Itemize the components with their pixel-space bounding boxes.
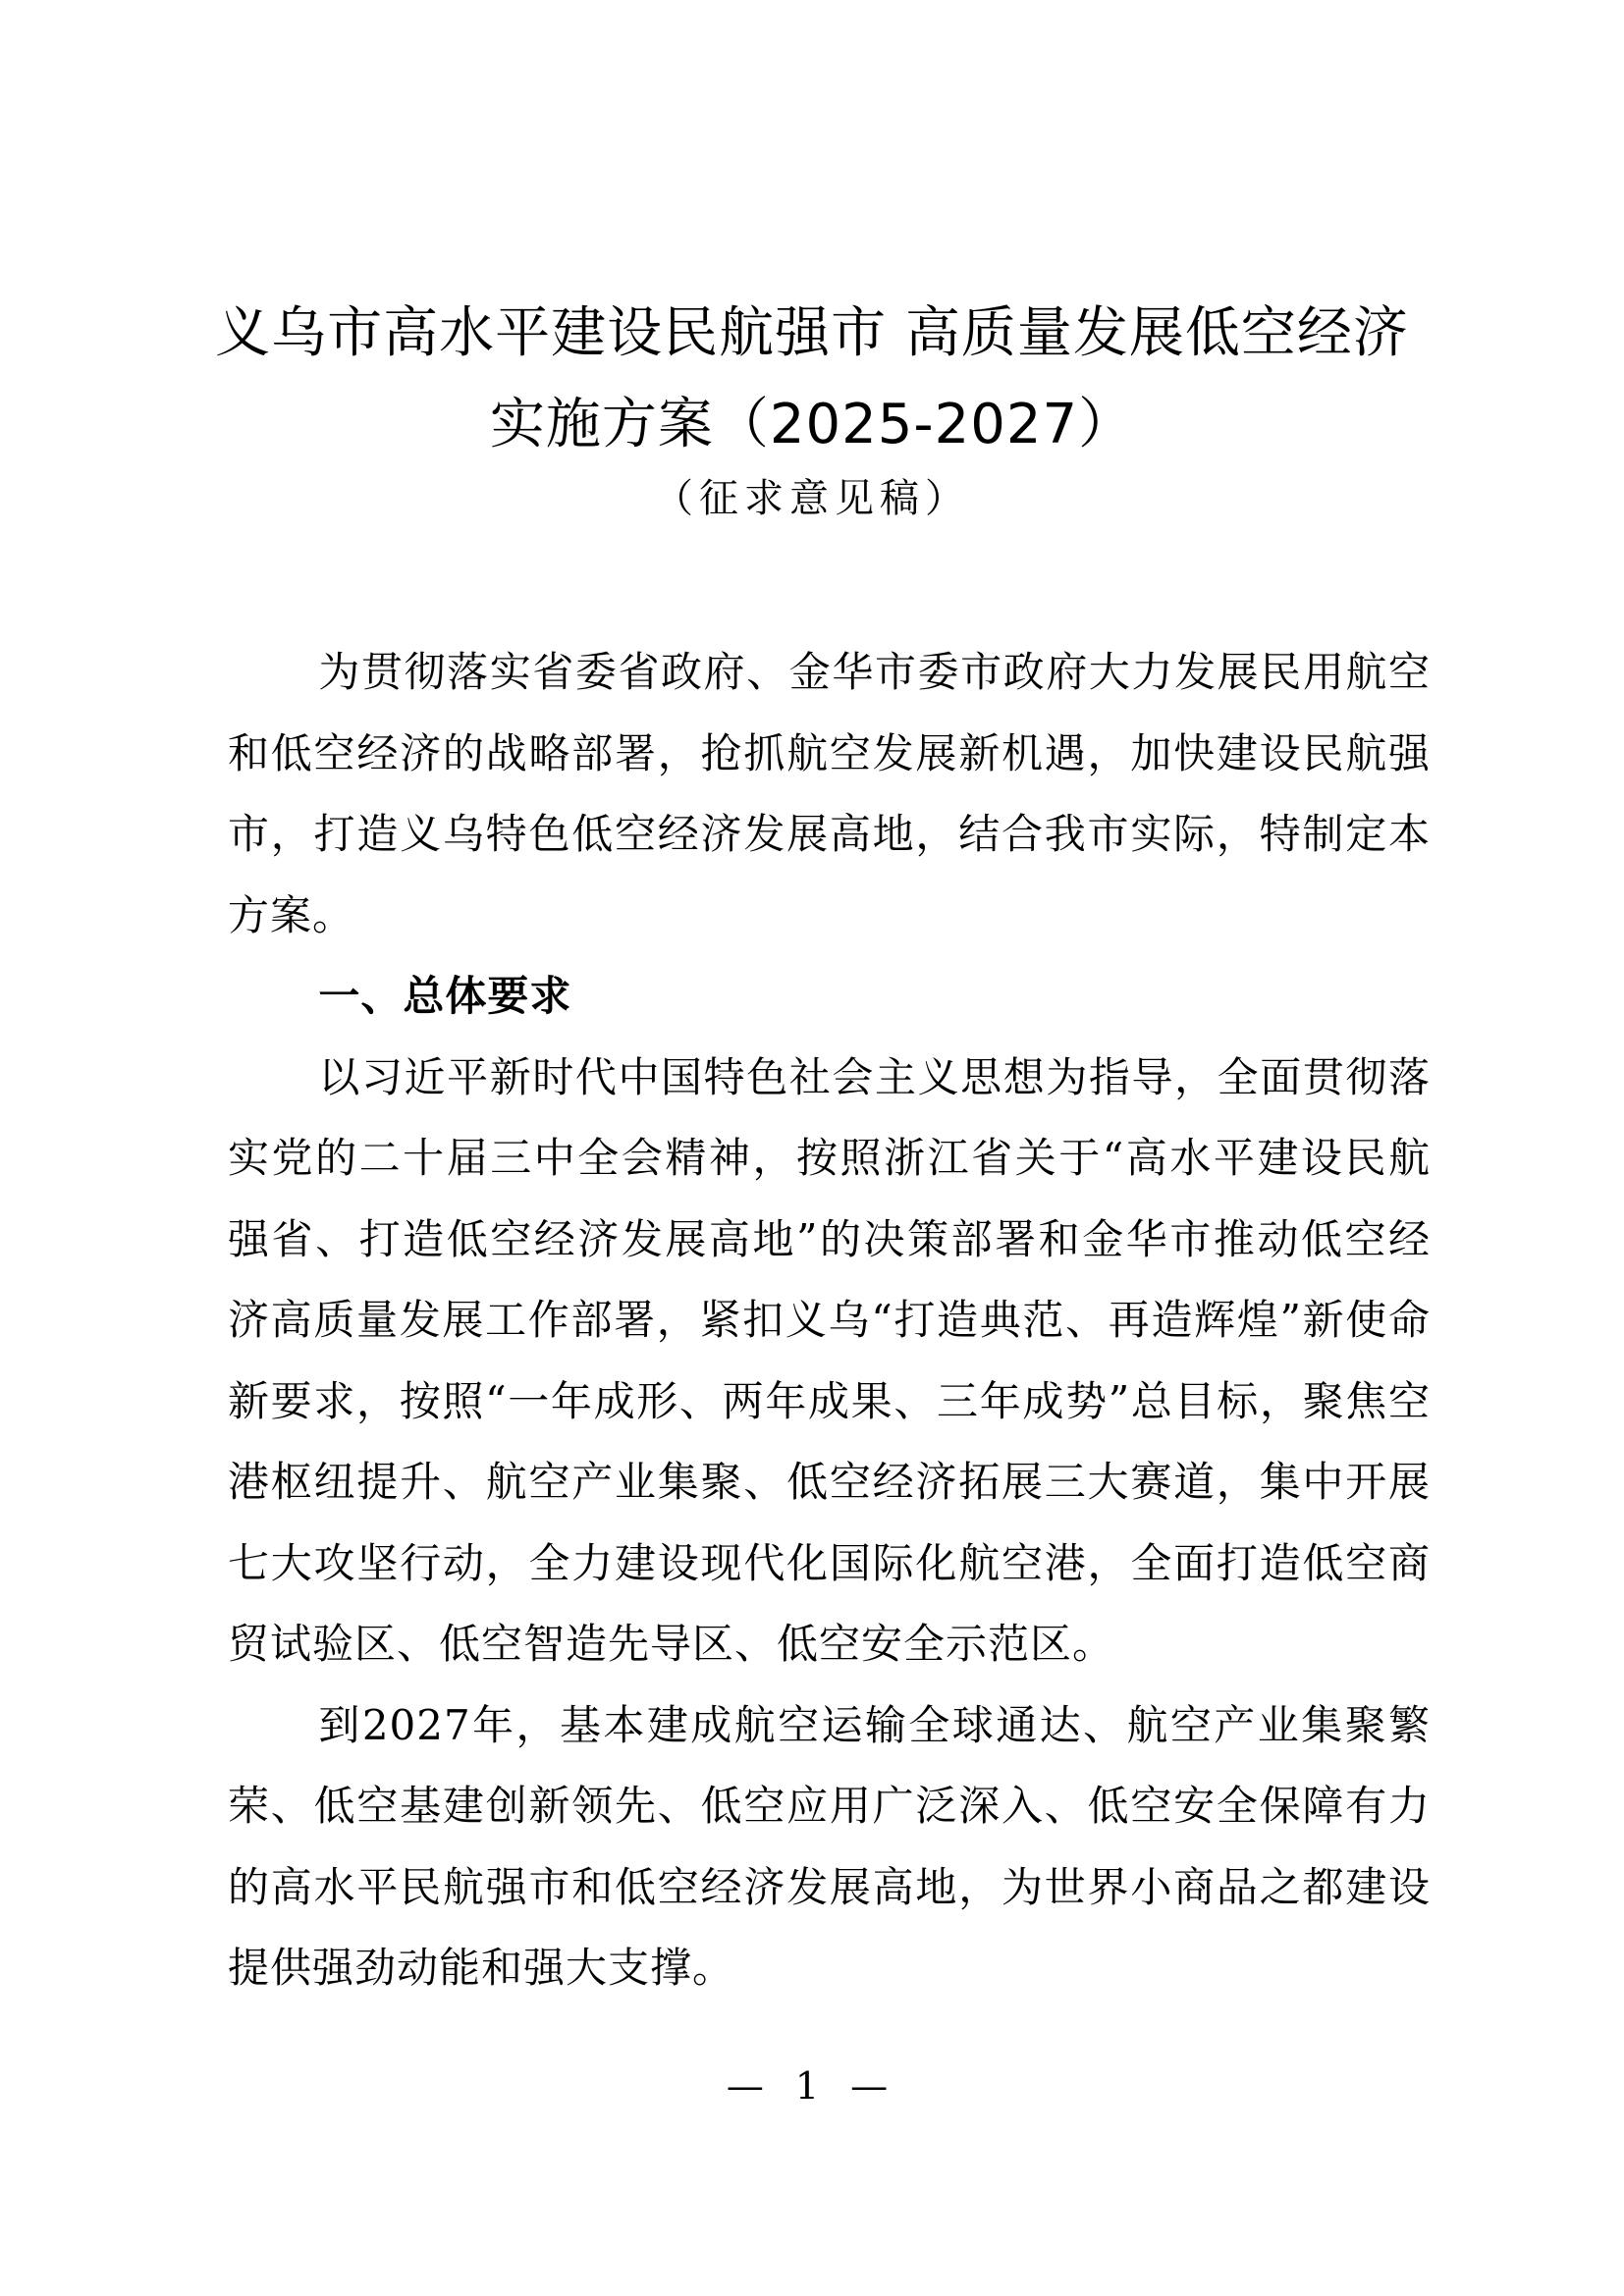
document-subtitle: （征求意见稿） [0, 469, 1624, 528]
intro-paragraph: 为贯彻落实省委省政府、金华市委市政府大力发展民用航空和低空经济的战略部署，抢抓航… [228, 632, 1431, 956]
section-paragraph: 以习近平新时代中国特色社会主义思想为指导，全面贯彻落实党的二十届三中全会精神，按… [228, 1038, 1431, 1685]
document-page: 义乌市高水平建设民航强市 高质量发展低空经济 实施方案（2025-2027） （… [0, 0, 1624, 2296]
document-body: 为贯彻落实省委省政府、金华市委市政府大力发展民用航空和低空经济的战略部署，抢抓航… [228, 632, 1431, 2009]
document-title-line-1: 义乌市高水平建设民航强市 高质量发展低空经济 [0, 294, 1624, 373]
document-title-line-2: 实施方案（2025-2027） [0, 386, 1624, 464]
page-number: — 1 — [0, 2061, 1624, 2110]
section-heading: 一、总体要求 [228, 956, 1431, 1038]
section-paragraph: 到2027年，基本建成航空运输全球通达、航空产业集聚繁荣、低空基建创新领先、低空… [228, 1685, 1431, 2009]
